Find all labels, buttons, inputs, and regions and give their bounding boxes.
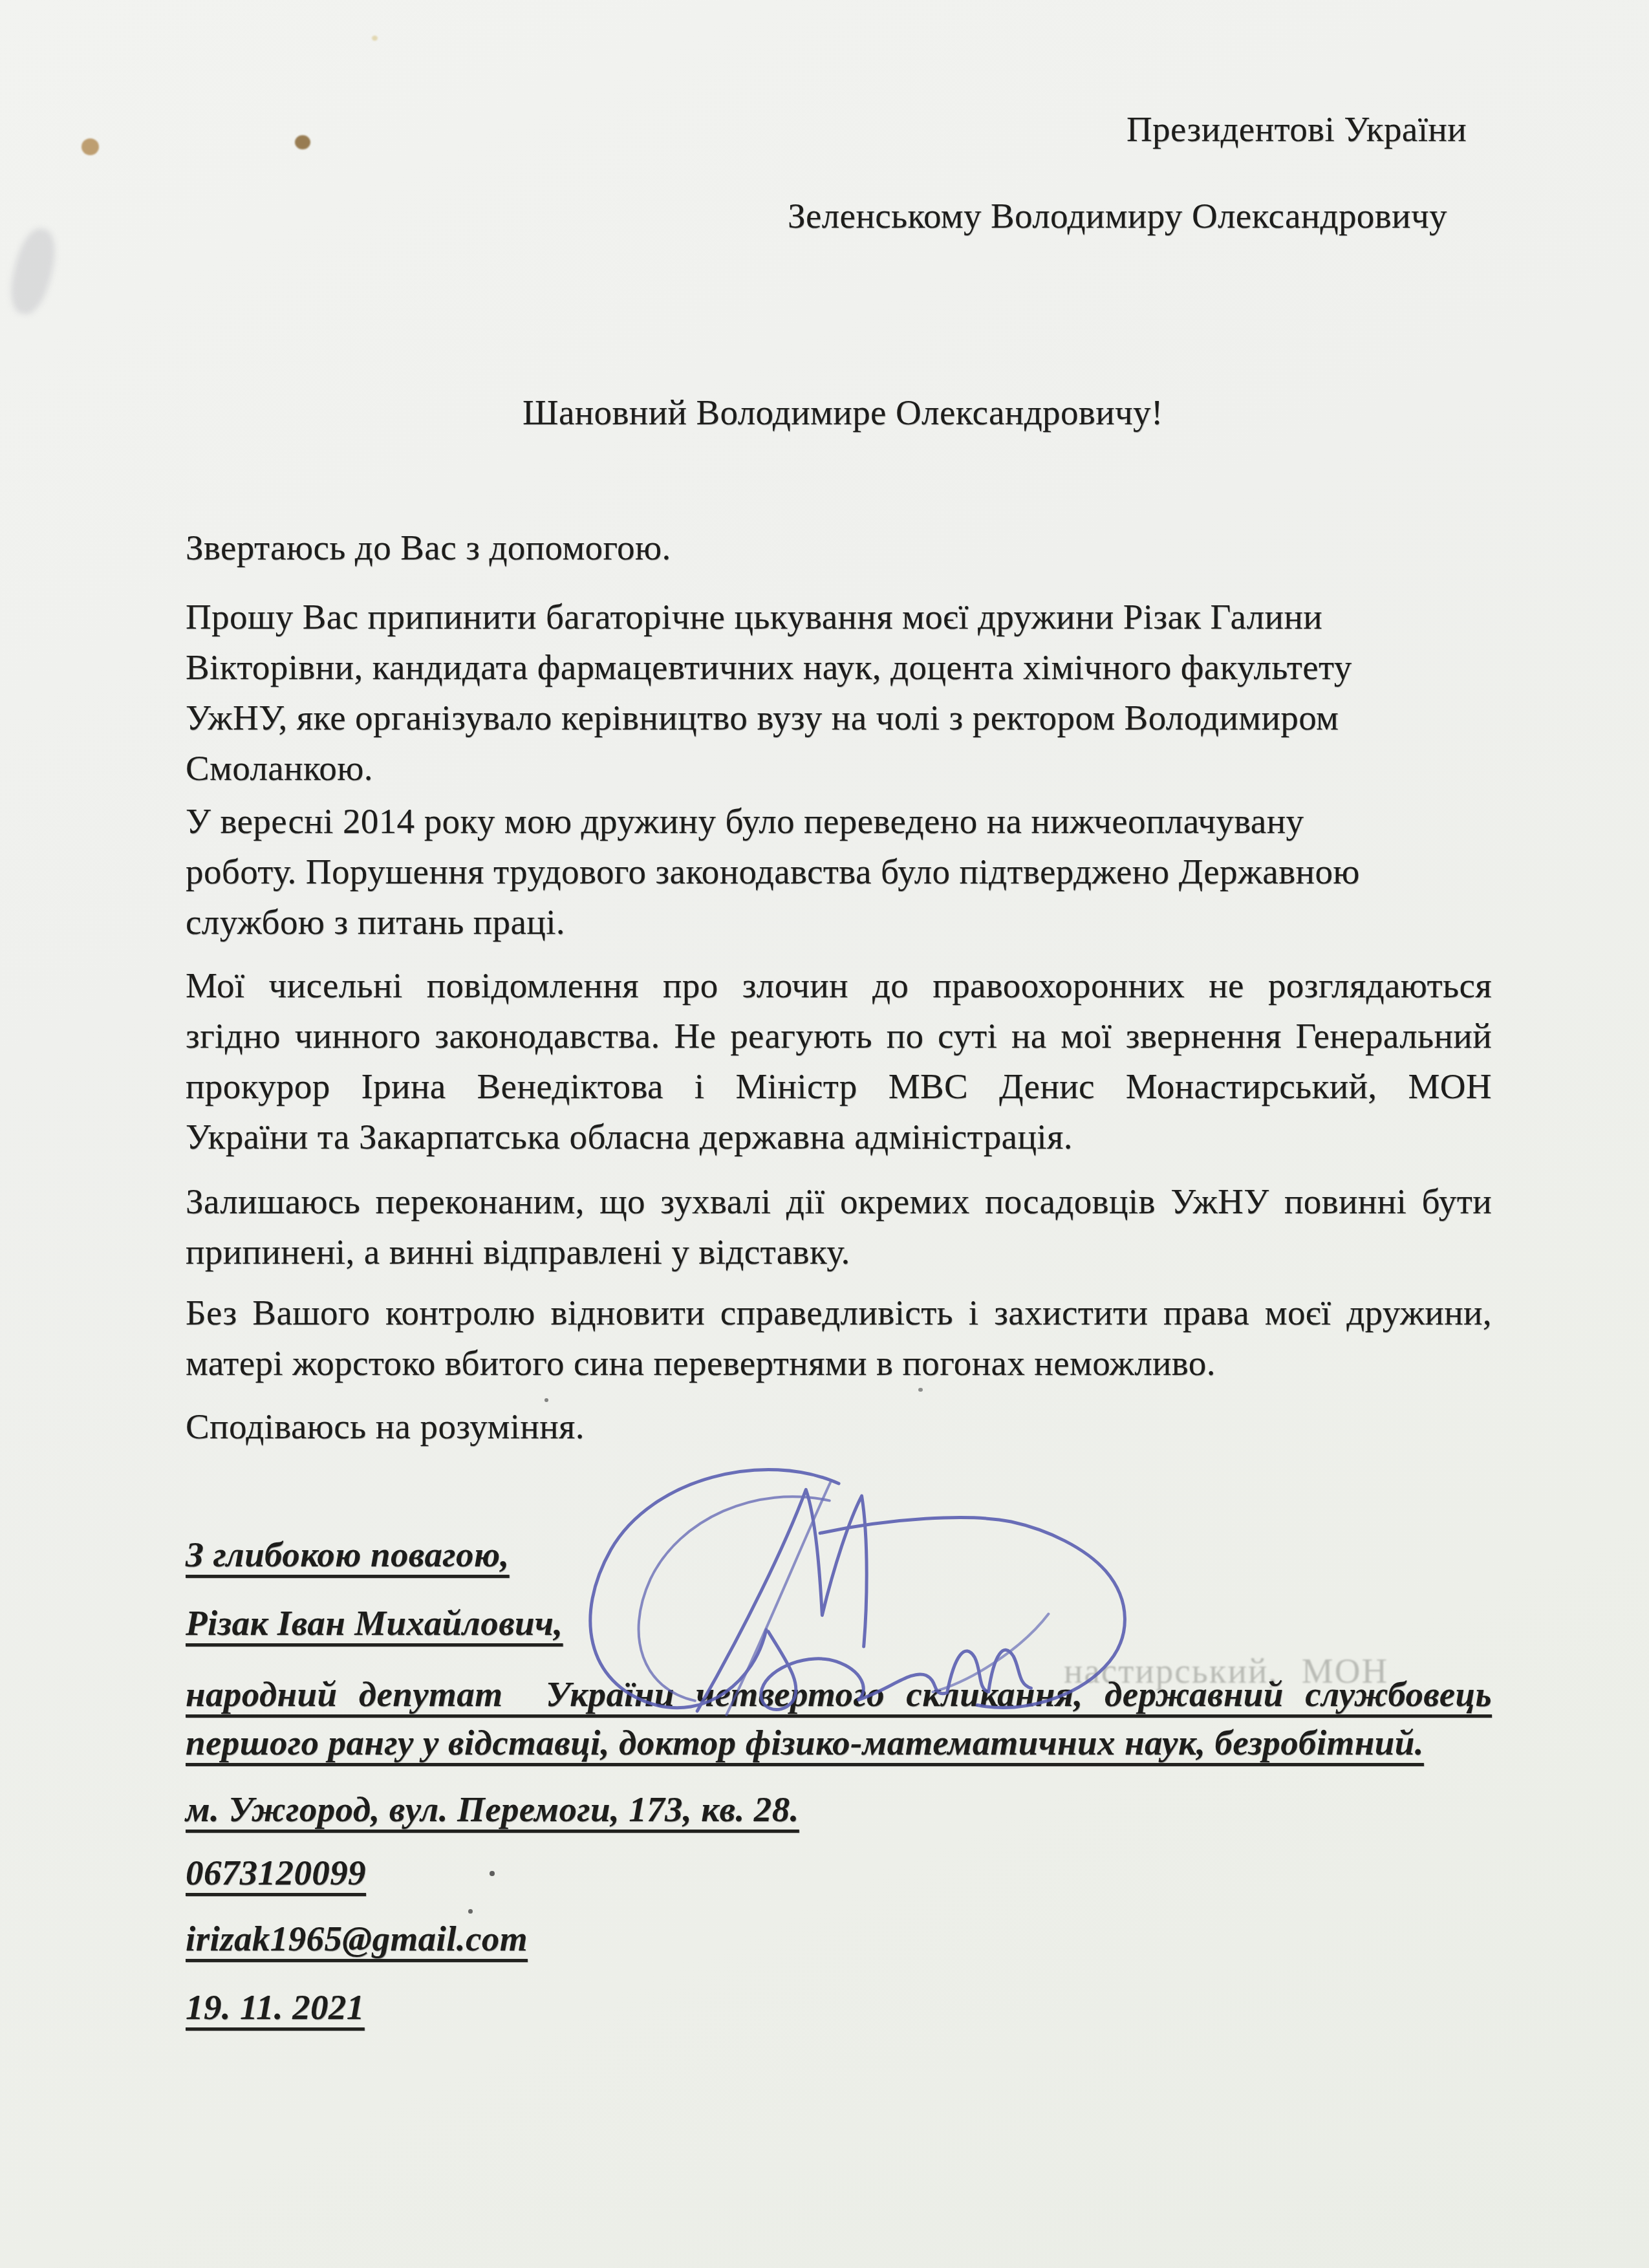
para-5-line-2: припинені, а винні відправлені у відстав… [186,1231,1492,1273]
closing-regards: З глибокою повагою, [186,1534,510,1576]
recipient-line-2: Зеленському Володимиру Олександровичу [788,195,1447,237]
para-5-line-1: Залишаюсь переконаним, що зухвалі дії ок… [186,1181,1492,1223]
closing-email: irizak1965@gmail.com [186,1918,528,1960]
closing-name: Різак Іван Михайлович, [186,1603,563,1645]
paper-speck [372,36,378,41]
handwritten-signature [525,1429,1153,1733]
para-6-line-2: матері жорстоко вбитого сина перевертням… [186,1343,1492,1385]
paper-speck [918,1388,923,1392]
para-2-line-1: Прошу Вас припинити багаторічне цькуванн… [186,596,1492,638]
closing-phone: 0673120099 [186,1852,366,1894]
para-4-line-2: згідно чинного законодавства. Не реагуют… [186,1015,1492,1057]
para-2-line-2: Вікторівни, кандидата фармацевтичних нау… [186,647,1492,689]
closing-title-line-2: першого рангу у відставці, доктор фізико… [186,1722,1424,1764]
para-1-line-1: Звертаюсь до Вас з допомогою. [186,527,1492,569]
para-6-line-1: Без Вашого контролю відновити справедлив… [186,1292,1492,1334]
para-3-line-2: роботу. Порушення трудового законодавств… [186,851,1492,893]
para-3-line-1: У вересні 2014 року мою дружину було пер… [186,801,1492,843]
paper-stain [295,135,310,149]
paper-stain [81,138,99,155]
recipient-line-1: Президентові України [1126,109,1467,151]
para-4-line-1: Мої чисельні повідомлення про злочин до … [186,965,1492,1007]
para-2-line-3: УжНУ, яке організувало керівництво вузу … [186,697,1492,739]
para-4-line-3: прокурор Ірина Венедіктова і Міністр МВС… [186,1066,1492,1108]
para-2-line-4: Смоланкою. [186,748,1492,790]
paper-speck [490,1871,495,1876]
salutation: Шановний Володимире Олександровичу! [523,392,1163,434]
closing-date: 19. 11. 2021 [186,1987,365,2029]
scanned-letter-page: Президентові України Зеленському Володим… [0,0,1649,2268]
para-4-line-4: України та Закарпатська обласна державна… [186,1116,1492,1158]
closing-address: м. Ужгород, вул. Перемоги, 173, кв. 28. [186,1789,799,1831]
para-3-line-3: службою з питань праці. [186,902,1492,944]
paper-smudge [5,224,62,318]
paper-speck [544,1398,548,1402]
paper-speck [468,1909,473,1914]
